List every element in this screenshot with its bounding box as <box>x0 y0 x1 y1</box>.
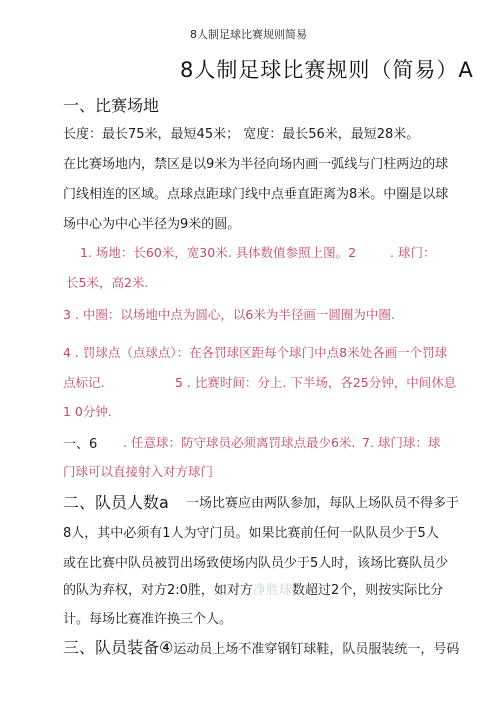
paragraph-line: 的队为弃权，对方2:0胜，如对方净胜球数超过2个，则按实际比分 <box>63 579 443 598</box>
paragraph-line: 计。每场比赛准许换三个人。 <box>63 608 232 627</box>
rule-item-goal-kick: 7. 球门球：球 <box>362 433 440 451</box>
paragraph-line: 在比赛场地内，禁区是以9米为半径向场内画一弧线与门柱两边的球 <box>63 153 448 172</box>
paragraph-text: 运动员上场不准穿钢钉球鞋，队员服装统一，号码 <box>173 642 459 657</box>
rule-item-goal-cont: 长5米，高2米. <box>66 273 148 291</box>
document-title: 8人制足球比赛规则（简易）A <box>180 54 474 84</box>
section-heading-venue: 一、比赛场地 <box>63 93 159 116</box>
section-heading-equipment: 三、队员装备④ <box>63 638 173 657</box>
rule-item-center-circle: 3 . 中圈：以场地中点为圆心，以6米为半径画一圆圈为中圈. <box>63 305 395 323</box>
rule-item-penalty-spot: 4 . 罚球点（点球点）：在各罚球区距每个球门中点8米处各画一个罚球 <box>63 343 447 361</box>
paragraph-line: 门线相连的区域。点球点距球门线中点垂直距离为8米。中圈是以球 <box>63 183 448 202</box>
paragraph-line: 一场比赛应由两队参加，每队上场队员不得多于 <box>186 492 459 511</box>
rule-item-goal-kick-cont: 门球可以直接射入对方球门 <box>63 462 213 480</box>
text-span: 数超过2个，则按实际比分 <box>292 583 443 598</box>
rule-item-field: 1. 场地：长60米，宽30米. 具体数值参照上图。2 <box>80 243 356 261</box>
paragraph-line: 长度：最长75米，最短45米； 宽度：最长56米，最短28米。 <box>63 123 419 142</box>
section-heading-players: 二、队员人数a <box>63 490 169 513</box>
paragraph-line: 场中心为中心半径为9米的圆。 <box>63 213 240 232</box>
faint-text-span: 净胜球 <box>253 583 292 598</box>
rule-item-6-prefix: 一、6 <box>63 433 97 452</box>
rule-item-goal: . 球门： <box>390 243 435 261</box>
rule-item-free-kick: . 任意球：防守球员必须离罚球点最少6米. <box>123 433 355 451</box>
rule-item-match-time: 5 . 比赛时间：分上. 下半场，各25分钟，中间休息 <box>175 373 456 391</box>
section-equipment: 三、队员装备④运动员上场不准穿钢钉球鞋，队员服装统一，号码 <box>63 635 459 658</box>
running-header: 8人制足球比赛规则简易 <box>190 26 307 42</box>
paragraph-line: 8人，其中必须有1人为守门员。如果比赛前任何一队队员少于5人 <box>63 522 439 541</box>
rule-item-penalty-spot-cont: 点标记. <box>63 373 104 391</box>
text-span: 的队为弃权，对方2:0胜，如对方 <box>63 583 253 598</box>
rule-item-match-time-cont: 1 0分钟. <box>63 402 112 420</box>
paragraph-line: 或在比赛中队员被罚出场致使场内队员少于5人时，该场比赛队员少 <box>63 552 448 571</box>
